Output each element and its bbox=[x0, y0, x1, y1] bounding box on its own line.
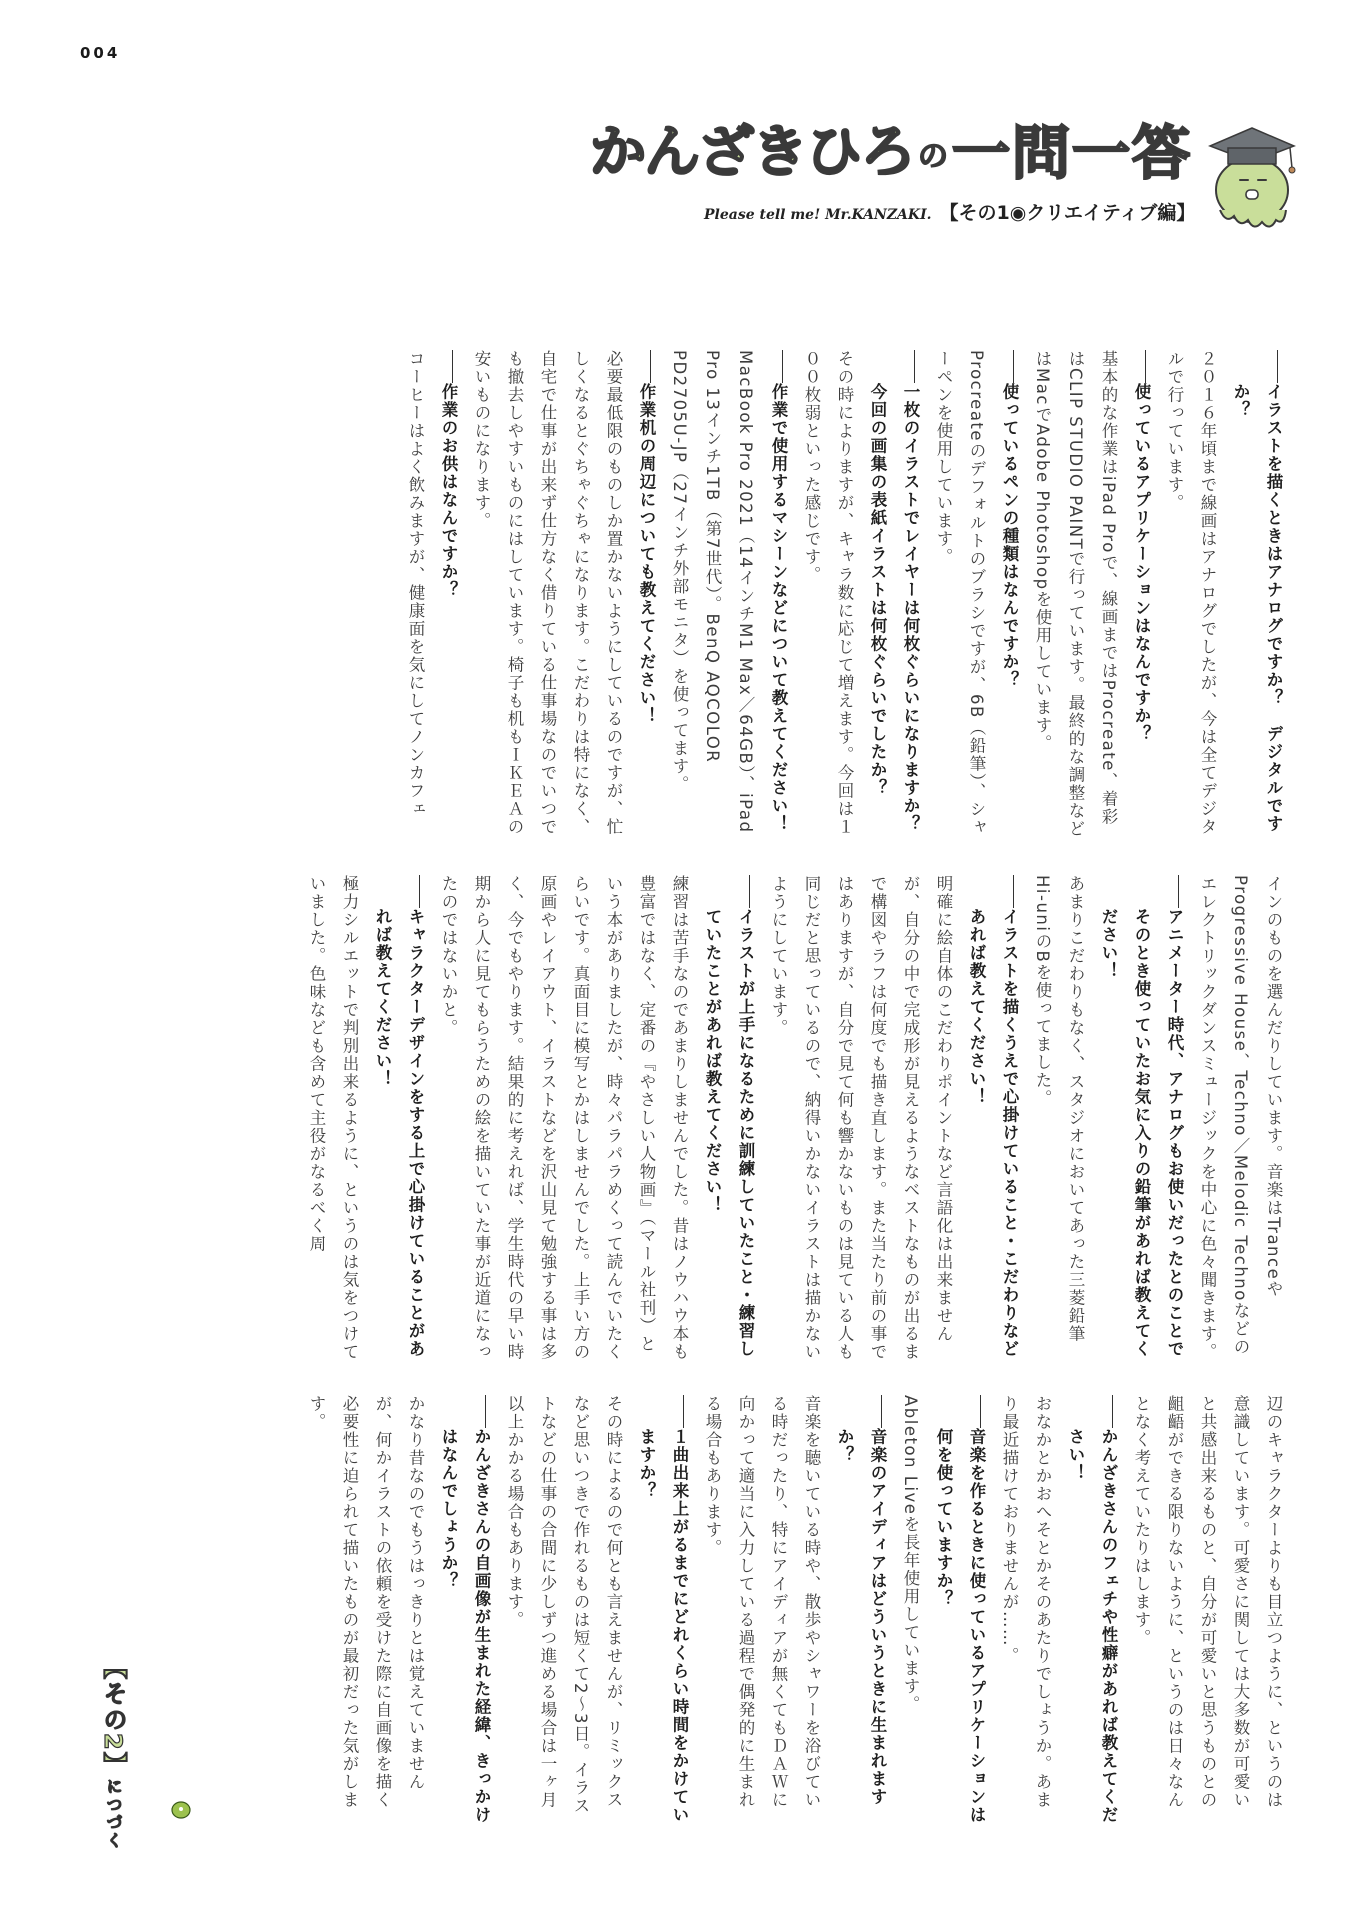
subtitle-japanese: 【その1◉クリエイティブ編】 bbox=[940, 198, 1196, 225]
qa-item: イラストを描くときはアナログですか？ デジタルですか？ ２０１６年頃まで線画はア… bbox=[1158, 350, 1290, 840]
em-dash-rule bbox=[419, 875, 420, 908]
qa-item-continued: 辺のキャラクターよりも目立つように、というのは意識しています。可愛さに関しては大… bbox=[1125, 1395, 1290, 1825]
qa-item: かんざきさんの自画像が生まれた経緯、きっかけはなんでしょうか？ かなり昔なのでも… bbox=[300, 1395, 498, 1825]
qa-item: 使っているアプリケーションはなんですか？ 基本的な作業はiPad Proで、線画… bbox=[1026, 350, 1158, 840]
title-qa: 一問一答 bbox=[952, 124, 1192, 182]
page-number: 004 bbox=[80, 44, 120, 62]
qa-item: イラストを描くうえで心掛けていること・こだわりなどあれば教えてください！ 明確に… bbox=[762, 875, 1026, 1365]
next-part-suffix: につづく bbox=[104, 1778, 123, 1850]
em-dash-rule bbox=[452, 350, 453, 383]
article-subtitle: Please tell me! Mr.KANZAKI. 【その1◉クリエイティブ… bbox=[704, 198, 1195, 225]
qa-item: キャラクターデザインをする上で心掛けていることがあれば教えてください！ 極力シル… bbox=[300, 875, 432, 1365]
qa-item: １曲出来上がるまでにどれくらい時間をかけていますか？ その時によるので何とも言え… bbox=[498, 1395, 696, 1825]
qa-item: 作業机の周辺についても教えてください！ 必要最低限のものしか置かないようにしてい… bbox=[465, 350, 663, 840]
article-column-tier-2: インのものを選んだりしています。音楽はTranceやProgressive Ho… bbox=[90, 875, 1290, 1365]
question: イラストを描くときはアナログですか？ デジタルですか？ bbox=[1224, 350, 1290, 840]
question: １曲出来上がるまでにどれくらい時間をかけていますか？ bbox=[630, 1395, 696, 1825]
answer: Procreateのデフォルトのブラシですが、6B（鉛筆）、シャーペンを使用して… bbox=[927, 350, 993, 840]
answer: その時によりますが、キャラ数に応じて増えます。今回は１００枚弱といった感じです。 bbox=[795, 350, 861, 840]
answer: 音楽を聴いている時や、散歩やシャワーを浴びている時だったり、特にアイディアが無く… bbox=[696, 1395, 828, 1825]
qa-item: 作業で使用するマシーンなどについて教えてください！ MacBook Pro 20… bbox=[663, 350, 795, 840]
em-dash-rule bbox=[1178, 875, 1179, 908]
title-particle: の bbox=[918, 131, 948, 175]
em-dash-rule bbox=[1013, 350, 1014, 383]
em-dash-rule bbox=[485, 1395, 486, 1428]
em-dash-rule bbox=[914, 350, 915, 383]
answer: おなかとかおへそとかそのあたりでしょうか。あまり最近描けておりませんが……。 bbox=[993, 1395, 1059, 1825]
answer-continued: インのものを選んだりしています。音楽はTranceやProgressive Ho… bbox=[1191, 875, 1290, 1365]
article-column-tier-1: イラストを描くときはアナログですか？ デジタルですか？ ２０１６年頃まで線画はア… bbox=[90, 350, 1290, 840]
question: 使っているペンの種類はなんですか？ bbox=[993, 350, 1026, 840]
answer: MacBook Pro 2021（14インチM1 Max／64GB）、iPad … bbox=[663, 350, 762, 840]
question: 一枚のイラストでレイヤーは何枚ぐらいになりますか？ 今回の画集の表紙イラストは何… bbox=[861, 350, 927, 840]
to-be-continued: 【その2】につづく bbox=[96, 1655, 131, 1850]
question: イラストが上手になるために訓練していたこと・練習していたことがあれば教えてくださ… bbox=[696, 875, 762, 1365]
answer: 明確に絵自体のこだわりポイントなど言語化は出来ませんが、自分の中で完成形が見える… bbox=[762, 875, 960, 1365]
question: 作業のお供はなんですか？ bbox=[432, 350, 465, 840]
em-dash-rule bbox=[650, 350, 651, 383]
qa-item: アニメーター時代、アナログもお使いだったとのことでそのとき使っていたお気に入りの… bbox=[1026, 875, 1191, 1365]
em-dash-rule bbox=[1145, 350, 1146, 383]
next-part-label: 【その2】 bbox=[99, 1655, 127, 1778]
answer: かなり昔なのでもうはっきりとは覚えていませんが、何かイラストの依頼を受けた際に自… bbox=[300, 1395, 432, 1825]
question: 音楽のアイディアはどういうときに生まれますか？ bbox=[828, 1395, 894, 1825]
question: 作業で使用するマシーンなどについて教えてください！ bbox=[762, 350, 795, 840]
answer: 基本的な作業はiPad Proで、線画まではProcreate、着彩はCLIP … bbox=[1026, 350, 1125, 840]
question: 使っているアプリケーションはなんですか？ bbox=[1125, 350, 1158, 840]
subtitle-english: Please tell me! Mr.KANZAKI. bbox=[704, 207, 932, 223]
qa-item: 作業のお供はなんですか？ コーヒーはよく飲みますが、健康面を気にしてノンカフェ bbox=[399, 350, 465, 840]
title-name: かんざきひろ bbox=[590, 125, 914, 181]
qa-item: 使っているペンの種類はなんですか？ Procreateのデフォルトのブラシですが… bbox=[927, 350, 1026, 840]
em-dash-rule bbox=[881, 1395, 882, 1428]
qa-item: かんざきさんのフェチや性癖があれば教えてください！ おなかとかおへそとかそのあた… bbox=[993, 1395, 1125, 1825]
answer: 練習は苦手なのであまりしませんでした。昔はノウハウ本も豊富ではなく、定番の『やさ… bbox=[432, 875, 696, 1365]
answer: 必要最低限のものしか置かないようにしているのですが、忙しくなるとぐちゃぐちゃにな… bbox=[465, 350, 630, 840]
qa-item: 音楽のアイディアはどういうときに生まれますか？ 音楽を聴いている時や、散歩やシャ… bbox=[696, 1395, 894, 1825]
article-header: かんざきひろ の 一問一答 Please tell me! Mr.KANZAKI… bbox=[580, 110, 1300, 240]
em-dash-rule bbox=[782, 350, 783, 383]
question: かんざきさんのフェチや性癖があれば教えてください！ bbox=[1059, 1395, 1125, 1825]
em-dash-rule bbox=[749, 875, 750, 908]
answer: 極力シルエットで判別出来るように、というのは気をつけていました。色味なども含めて… bbox=[300, 875, 366, 1365]
em-dash-rule bbox=[1112, 1395, 1113, 1428]
article-title: かんざきひろ の 一問一答 bbox=[590, 124, 1192, 182]
qa-item-continued: インのものを選んだりしています。音楽はTranceやProgressive Ho… bbox=[1191, 875, 1290, 1365]
question: イラストを描くうえで心掛けていること・こだわりなどあれば教えてください！ bbox=[960, 875, 1026, 1365]
question: アニメーター時代、アナログもお使いだったとのことでそのとき使っていたお気に入りの… bbox=[1092, 875, 1191, 1365]
answer: ２０１６年頃まで線画はアナログでしたが、今は全てデジタルで行っています。 bbox=[1158, 350, 1224, 840]
answer: その時によるので何とも言えませんが、リミックスなど思いつきで作れるものは短くて2… bbox=[498, 1395, 630, 1825]
article-column-tier-3: 辺のキャラクターよりも目立つように、というのは意識しています。可愛さに関しては大… bbox=[90, 1395, 1290, 1825]
qa-item: 一枚のイラストでレイヤーは何枚ぐらいになりますか？ 今回の画集の表紙イラストは何… bbox=[795, 350, 927, 840]
question: キャラクターデザインをする上で心掛けていることがあれば教えてください！ bbox=[366, 875, 432, 1365]
mini-mascot-icon bbox=[170, 1800, 192, 1820]
em-dash-rule bbox=[683, 1395, 684, 1428]
question: かんざきさんの自画像が生まれた経緯、きっかけはなんでしょうか？ bbox=[432, 1395, 498, 1825]
graduation-cap-mascot-icon bbox=[1204, 110, 1300, 230]
em-dash-rule bbox=[1277, 350, 1278, 383]
qa-item: イラストが上手になるために訓練していたこと・練習していたことがあれば教えてくださ… bbox=[432, 875, 762, 1365]
question: 音楽を作るときに使っているアプリケーションは何を使っていますか？ bbox=[927, 1395, 993, 1825]
answer: コーヒーはよく飲みますが、健康面を気にしてノンカフェ bbox=[399, 350, 432, 840]
em-dash-rule bbox=[980, 1395, 981, 1428]
answer-continued: 辺のキャラクターよりも目立つように、というのは意識しています。可愛さに関しては大… bbox=[1125, 1395, 1290, 1825]
question: 作業机の周辺についても教えてください！ bbox=[630, 350, 663, 840]
qa-item: 音楽を作るときに使っているアプリケーションは何を使っていますか？ Ableton… bbox=[894, 1395, 993, 1825]
answer: あまりこだわりもなく、スタジオにおいてあった三菱鉛筆Hi-uniのBを使ってまし… bbox=[1026, 875, 1092, 1365]
em-dash-rule bbox=[1013, 875, 1014, 908]
answer: Ableton Liveを長年使用しています。 bbox=[894, 1395, 927, 1825]
